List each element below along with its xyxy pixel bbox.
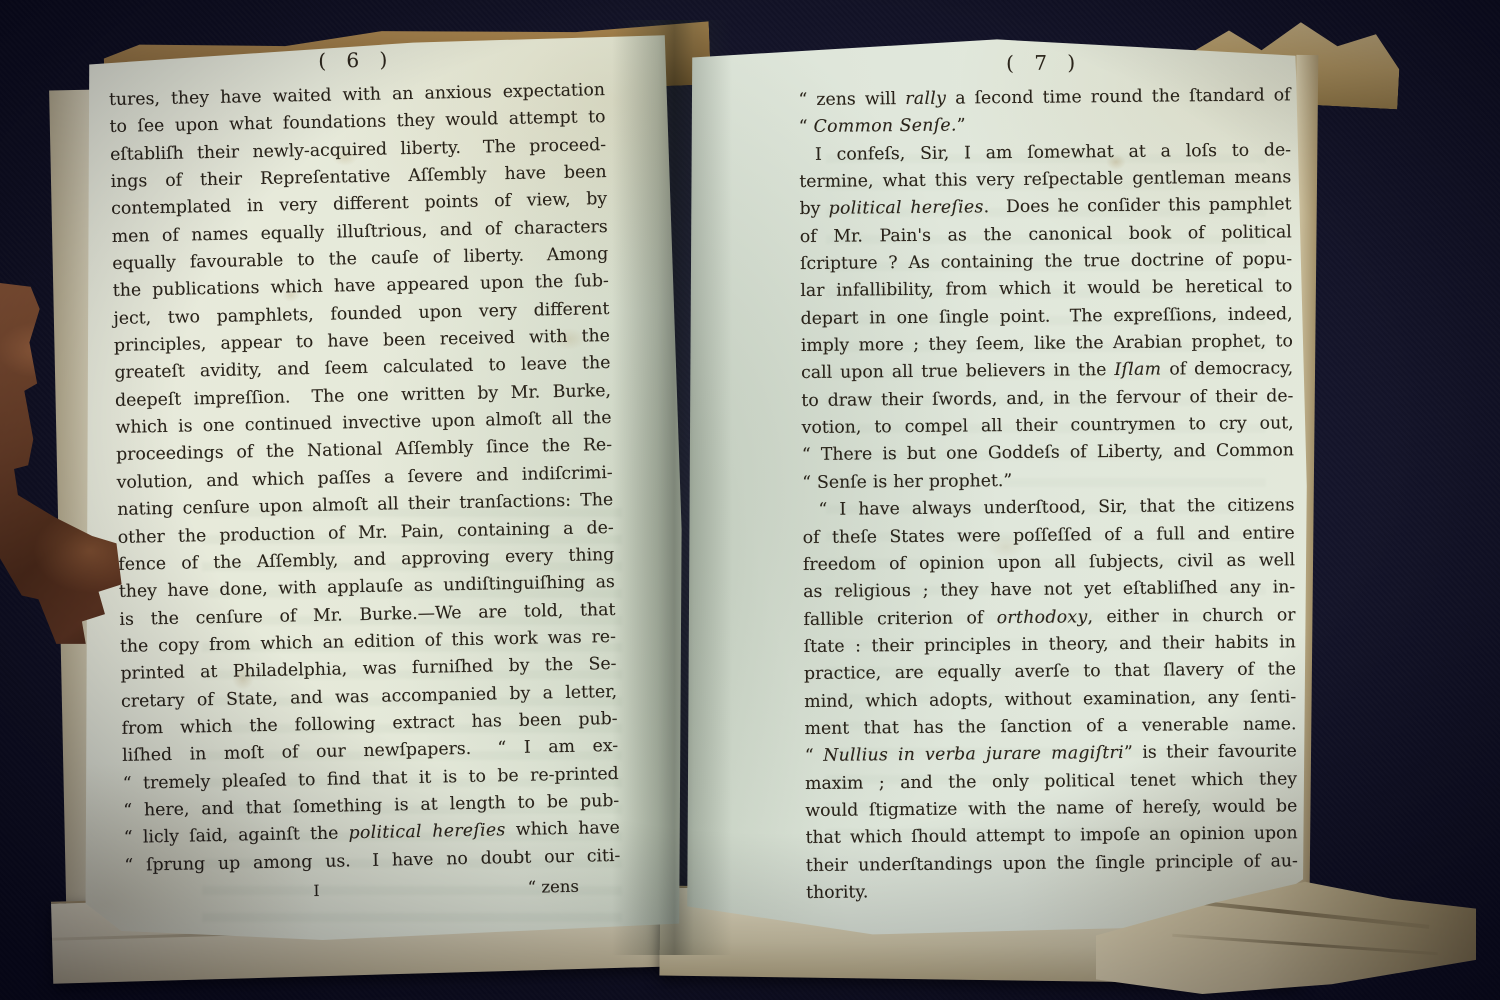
page-7: ( 7 ) “ zens will rally a ſecond time ro… (686, 34, 1308, 938)
text-line: lar infallibility, from which it would b… (800, 274, 1292, 306)
text-line: “ zens will rally a ſecond time round th… (798, 82, 1290, 114)
page-7-text-block: “ zens will rally a ſecond time round th… (798, 82, 1298, 907)
text-line: practice, are equally averſe to that ſla… (804, 656, 1296, 688)
text-line: “ There is but one Goddeſs of Liberty, a… (802, 438, 1294, 470)
signature-mark: I (313, 882, 319, 900)
photo-background: ( 6 ) tures, they have waited with an an… (0, 0, 1500, 1000)
page-6-content: ( 6 ) tures, they have waited with an an… (108, 40, 621, 913)
text-line: as religious ; they have not yet eſtabli… (803, 574, 1295, 606)
text-line: “ I have always underſtood, Sir, that th… (802, 492, 1294, 524)
text-line: that which ſhould attempt to impoſe an o… (805, 821, 1297, 853)
page-6-text-block: tures, they have waited with an anxious … (109, 77, 621, 880)
text-line: by political hereſies. Does he conſider … (799, 192, 1291, 224)
text-line: their underſtandings upon the ſingle pri… (806, 848, 1298, 880)
catchword: “ zens (527, 877, 579, 897)
page-6-footer: I “ zens (125, 876, 621, 913)
page-6: ( 6 ) tures, they have waited with an an… (82, 28, 684, 940)
text-line: “ Nullius in verba jurare magiſtri” is t… (805, 738, 1297, 770)
page-7-content: ( 7 ) “ zens will rally a ſecond time ro… (798, 45, 1298, 936)
